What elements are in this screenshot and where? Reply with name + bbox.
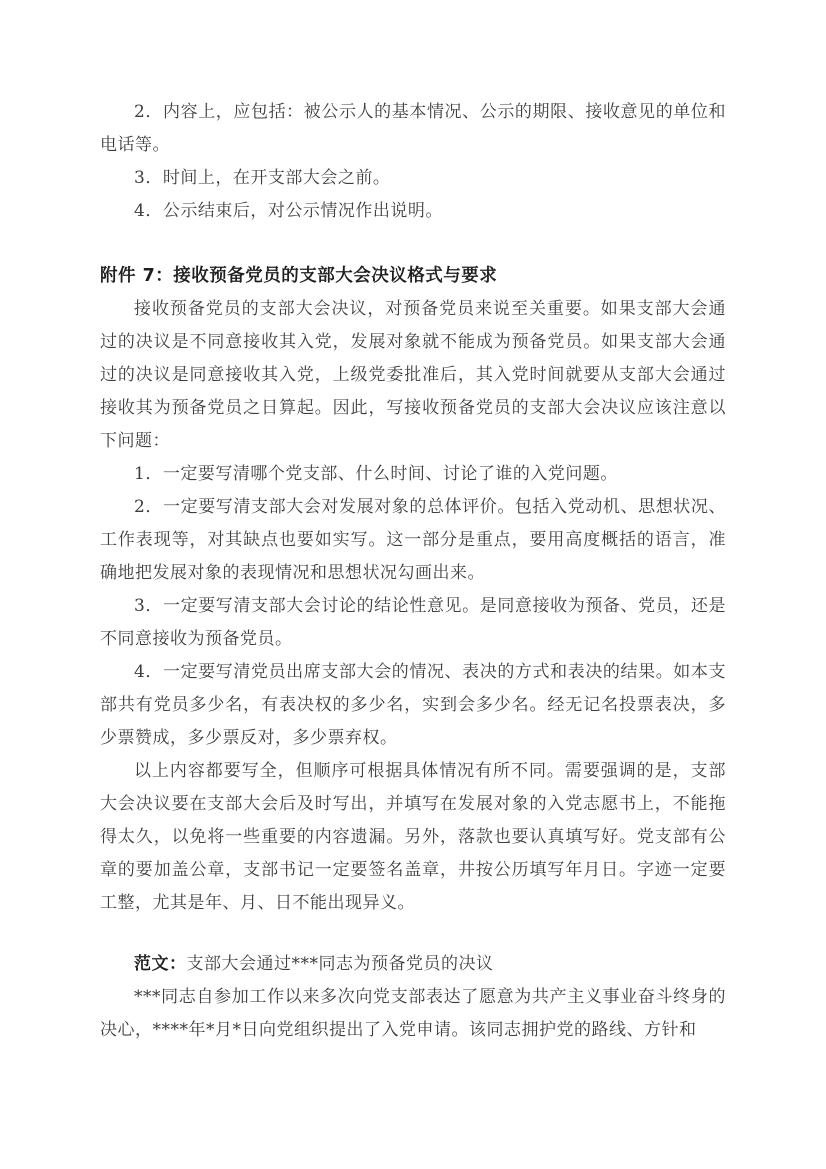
body-paragraph-summary: 以上内容都要写全，但顺序可根据具体情况有所不同。需要强调的是，支部大会决议要在支… [100, 755, 726, 920]
example-title: 支部大会通过***同志为预备党员的决议 [187, 954, 494, 974]
continuation-paragraph-publicity-end: 4．公示结束后，对公示情况作出说明。 [100, 195, 726, 228]
section-heading-appendix-7: 附件 7：接收预备党员的支部大会决议格式与要求 [100, 260, 726, 293]
body-paragraph-point-3: 3．一定要写清支部大会讨论的结论性意见。是同意接收为预备、党员，还是不同意接收为… [100, 590, 726, 656]
example-title-line: 范文：支部大会通过***同志为预备党员的决议 [100, 948, 726, 981]
body-paragraph-intro: 接收预备党员的支部大会决议，对预备党员来说至关重要。如果支部大会通过的决议是不同… [100, 293, 726, 458]
example-body-paragraph: ***同志自参加工作以来多次向党支部表达了愿意为共产主义事业奋斗终身的决心，**… [100, 981, 726, 1047]
body-paragraph-point-2: 2．一定要写清支部大会对发展对象的总体评价。包括入党动机、思想状况、工作表现等，… [100, 491, 726, 590]
body-paragraph-point-1: 1．一定要写清哪个党支部、什么时间、讨论了谁的入党问题。 [100, 458, 726, 491]
continuation-paragraph-time: 3．时间上，在开支部大会之前。 [100, 162, 726, 195]
body-paragraph-point-4: 4．一定要写清党员出席支部大会的情况、表决的方式和表决的结果。如本支部共有党员多… [100, 656, 726, 755]
example-label: 范文： [134, 954, 187, 974]
continuation-paragraph-content: 2．内容上，应包括：被公示人的基本情况、公示的期限、接收意见的单位和电话等。 [100, 96, 726, 162]
document-page: 2．内容上，应包括：被公示人的基本情况、公示的期限、接收意见的单位和电话等。 3… [0, 0, 826, 1169]
